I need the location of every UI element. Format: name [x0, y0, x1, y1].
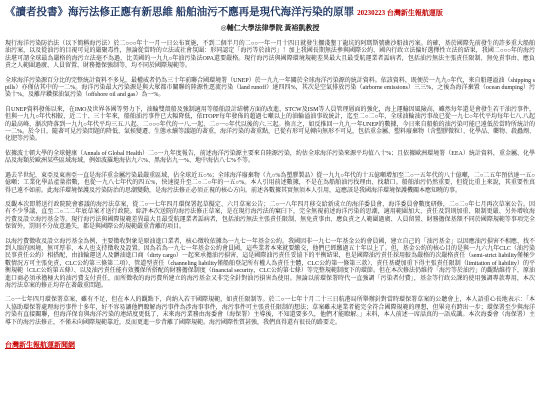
article-date-source: 20230223 台灣新生報航運版: [357, 9, 443, 17]
paragraph-1: 現行海洋污染防治法（以下簡稱海污法）於二○○○年十一月一日公布實施，不到二個半月…: [5, 41, 535, 71]
paragraph-2: 全球海洋污染源百分比的完整統計資料不多見，最權威者仍為三十年前聯合國環境署（UN…: [5, 78, 535, 100]
article-title: 《讀者投書》海污法修正應有新思維 船舶油污不應再是現代海洋污染的原罪202302…: [5, 6, 535, 20]
byline: ◎輔仁大學法律學院 黃裕凱教授: [5, 24, 535, 33]
article-title-text: 《讀者投書》海污法修正應有新思維 船舶油污不應再是現代海洋污染的原罪: [5, 7, 354, 18]
paragraph-3: 自UNEP資料發佈以來，在IMO及世界各國等努力下，油輪雙殼船及強制適用等船舶設…: [5, 107, 535, 144]
paragraph-4: 依據波士頓大學的全球健康（Annals of Global Health）二○一…: [5, 151, 535, 166]
paragraph-7: 以海污費徵收及設立海污基金為例，主要徵收對象是原油進口業者，核心徵收依據為一九七…: [5, 239, 535, 291]
paragraph-8: 二○一七年四月環保署草案，雖有不足，但在本人的觀點下，尚納入若干國際規範，如責任…: [5, 297, 535, 327]
paragraph-6: 反觀本次即將送行政院院會審議的海污法草案，從二○一七年四月環保署起草擬定、六月草…: [5, 202, 535, 232]
footer-link[interactable]: 台灣新生報航運新聞網: [5, 340, 75, 350]
article-body: 現行海洋污染防治法（以下簡稱海污法）於二○○○年十一月一日公布實施，不到二個半月…: [5, 41, 535, 327]
document-page: 《讀者投書》海污法修正應有新思維 船舶油污不應再是現代海洋污染的原罪202302…: [0, 0, 540, 352]
paragraph-5: 過去半世紀，東亞及東南亞一直是海洋重金屬污染最嚴重區域，佔全球近五○%；全球海洋…: [5, 173, 535, 195]
